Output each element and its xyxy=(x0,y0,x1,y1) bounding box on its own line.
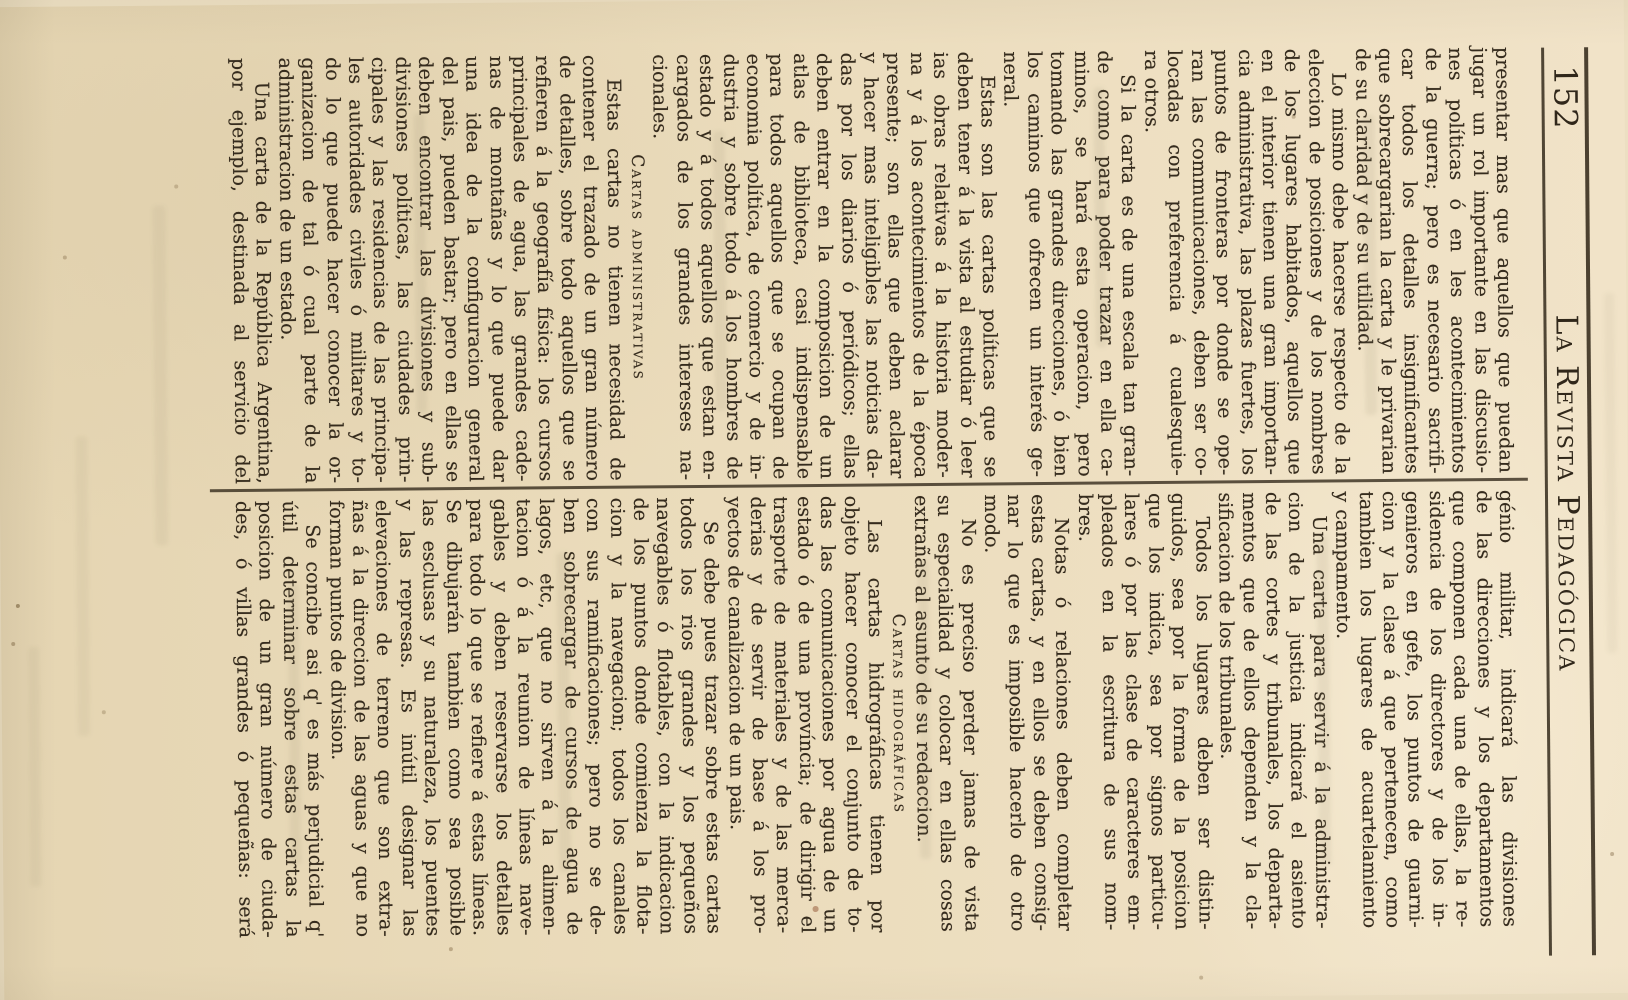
text-line: que los indica, sea por signos particu- xyxy=(1142,493,1169,930)
text-line: les autoridades civiles ó militares y to… xyxy=(343,57,370,483)
text-line: de los puntos donde comienza la flota- xyxy=(628,497,655,934)
text-line: nes políticas ó en les acontecimientos xyxy=(1443,47,1470,473)
text-line: nas de montañas y lo que puede dar xyxy=(483,56,510,482)
text-line: mentos que de ellos dependen y la cla- xyxy=(1236,492,1263,929)
text-line: bres. xyxy=(1072,494,1099,931)
text-line: Todos los lugares deben ser distin- xyxy=(1189,493,1216,930)
text-line: divisiones políticas, las ciudades prin- xyxy=(390,56,417,482)
text-line: cargados de los grandes intereses na- xyxy=(670,54,697,480)
text-line: cion y la navegacion; todos los canales xyxy=(604,498,631,935)
text-line: deben entrar en la composicion de un xyxy=(811,53,838,479)
text-line: Estas son las cartas políticas que se xyxy=(975,51,1002,477)
text-line: ñas á la direccion de las aguas y que no xyxy=(347,500,374,937)
text-line: Las cartas hidrográficas tienen por xyxy=(862,495,889,932)
text-line: No es preciso perder jamas de vista xyxy=(955,495,982,932)
text-line: pleados en la escritura de sus nom- xyxy=(1096,493,1123,930)
text-line: atlas de biblioteca, casi indispensable xyxy=(788,53,815,479)
text-line: na y á los acontecimientos de la época xyxy=(905,52,932,478)
text-line: de las cortes y tribunales, los departa- xyxy=(1259,492,1286,929)
text-line: sidencia de los directores y de los in- xyxy=(1423,490,1450,927)
text-line: cionales. xyxy=(647,54,674,480)
text-line: deben tener á la vista al estudiar ó lee… xyxy=(951,52,978,478)
text-line: car todos los detalles insignificantes xyxy=(1396,48,1423,474)
text-line: los caminos que ofrecen un interés ge- xyxy=(1022,51,1049,477)
text-line: cia administrativa, las plazas fuertes, … xyxy=(1232,49,1259,475)
text-line: tacion ó á la reunion de líneas nave- xyxy=(511,498,538,935)
text-line: economia política, de comercio y de in- xyxy=(741,53,768,479)
text-line: de los lugares habitados, aquellos que xyxy=(1279,49,1306,475)
text-line: de las direcciones y los departamentos xyxy=(1470,490,1497,927)
text-line: guidos, sea por la forma de la posicion xyxy=(1166,493,1193,930)
text-line: y las represas. Es inútil designar las xyxy=(393,499,420,936)
text-line: forman puntos de division. xyxy=(323,500,350,937)
text-line: una idea de la configuracion general xyxy=(460,56,487,482)
text-line: jugar un rol importante en las discusio- xyxy=(1466,47,1493,473)
text-line: con sus ramificaciones; pero no se de- xyxy=(581,498,608,935)
text-line: en el interior tienen una gran importan- xyxy=(1256,49,1283,475)
text-line: de la guerra; pero es necesario sacrifi- xyxy=(1419,47,1446,473)
text-line: estado ó de una província; de dirigir el xyxy=(791,496,818,933)
text-line: des, ó villas grandes ó pequeñas: será xyxy=(230,501,257,938)
text-line: sificacion de los tribunales. xyxy=(1213,492,1240,929)
text-line: y hacer mas inteligibles las noticias da… xyxy=(858,52,885,478)
text-line: Se concibe asi q' es más perjudicial q' xyxy=(300,500,327,937)
text-line: presentar mas que aquellos que puedan xyxy=(1490,47,1517,473)
text-line: posicion de un gran número de ciuda- xyxy=(253,501,280,938)
text-line: contener el trazado de un gran número xyxy=(577,55,604,481)
text-line: Notas ó relaciones deben completar xyxy=(1049,494,1076,931)
text-line: Lo mismo debe hacerse respecto de la xyxy=(1326,48,1353,474)
text-line: administracion de un estado. xyxy=(273,58,300,484)
text-line: Se debe pues trazar sobre estas cartas xyxy=(698,497,725,934)
text-line: principales de agua, las grandes cade- xyxy=(507,55,534,481)
text-line: Estas cartas no tienen necesidad de xyxy=(600,55,627,481)
text-line: ra otros. xyxy=(1139,50,1166,476)
text-line: de detalles, sobre todo aquellos que se xyxy=(553,55,580,481)
text-line: estas cartas, y en ellos se deben consig… xyxy=(1025,494,1052,931)
text-line: presente; son ellas que deben aclarar xyxy=(881,52,908,478)
text-line: eleccion de posiciones y de los nombres xyxy=(1302,49,1329,475)
text-line: y campamento. xyxy=(1330,491,1357,928)
text-line: tambien los lugares de acuartelamiento xyxy=(1353,491,1380,928)
text-line: minos, se hará esta operacion, pero xyxy=(1068,51,1095,477)
text-line: gables y deben reservarse los detalles xyxy=(487,499,514,936)
text-line: trasporte de materiales y de las merca- xyxy=(768,496,795,933)
text-line: do lo que puede hacer conocer la or- xyxy=(319,57,346,483)
text-line: ganizacion de tal ó cual parte de la xyxy=(296,57,323,483)
text-line: para todo lo que se refiere á estas líne… xyxy=(464,499,491,936)
text-line: Se dibujarán tambien como sea posible xyxy=(440,499,467,936)
page: 152 La Revista Pedagógica presentar mas … xyxy=(0,0,1628,1000)
text-line: por ejemplo, destinada al servicio del xyxy=(226,58,253,484)
text-line: Una carta de la República Argentina, xyxy=(249,58,276,484)
text-line: genieros en gefe, los puntos de guarni- xyxy=(1400,491,1427,928)
text-line: cion y la clase á que pertenecen, como xyxy=(1377,491,1404,928)
text-line: das las comunicaciones por agua de un xyxy=(815,496,842,933)
text-line: lares ó por las clase de caracteres em- xyxy=(1119,493,1146,930)
show-through-ghosts xyxy=(1624,0,1628,993)
text-line: del pais, pueden bastar; pero en ellas s… xyxy=(436,56,463,482)
text-line: nar lo que es imposible hacerlo de otro xyxy=(1002,494,1029,931)
text-line: génio militar, indicará las divisiones xyxy=(1494,490,1521,927)
text-line: que componen cada una de ellas, la re- xyxy=(1447,490,1474,927)
text-line: navegables ó flotables, con la indicacio… xyxy=(651,497,678,934)
text-line: todos los rios grandes y los pequeños xyxy=(674,497,701,934)
text-line: cion de la justicia indicará el asiento xyxy=(1283,492,1310,929)
text-line: elevaciones de terreno que son extra- xyxy=(370,500,397,937)
text-line: Si la carta es de una escala tan gran- xyxy=(1115,50,1142,476)
text-line: locadas con preferencia á cualesquie- xyxy=(1162,50,1189,476)
text-line: ias obras relativas á la historia moder- xyxy=(928,52,955,478)
text-line: para todos aquellos que se ocupan de xyxy=(764,53,791,479)
journal-title: La Revista Pedagógica xyxy=(1546,0,1590,994)
text-line: puntos de fronteras por donde se ope- xyxy=(1209,49,1236,475)
text-line: objeto hacer conocer el conjunto de to- xyxy=(838,496,865,933)
text-line: derias y de servir de base á los pro- xyxy=(745,496,772,933)
text-line: las esclusas y su naturaleza, los puente… xyxy=(417,499,444,936)
text-line: yectos de canalizacion de un pais. xyxy=(721,497,748,934)
text-line: das por los diarios ó periódicos; ellas xyxy=(834,53,861,479)
text-line: refieren á la geografía física: los curs… xyxy=(530,55,557,481)
text-line: tomando las grandes direcciones, ó bien xyxy=(1045,51,1072,477)
text-line: su especialidad y colocar en ellas cosas xyxy=(932,495,959,932)
text-line: ran las communicaciones, deben ser co- xyxy=(1185,50,1212,476)
scanned-journal-page: 152 La Revista Pedagógica presentar mas … xyxy=(0,0,1628,1000)
text-line: cipales y las residencias de las princip… xyxy=(366,57,393,483)
